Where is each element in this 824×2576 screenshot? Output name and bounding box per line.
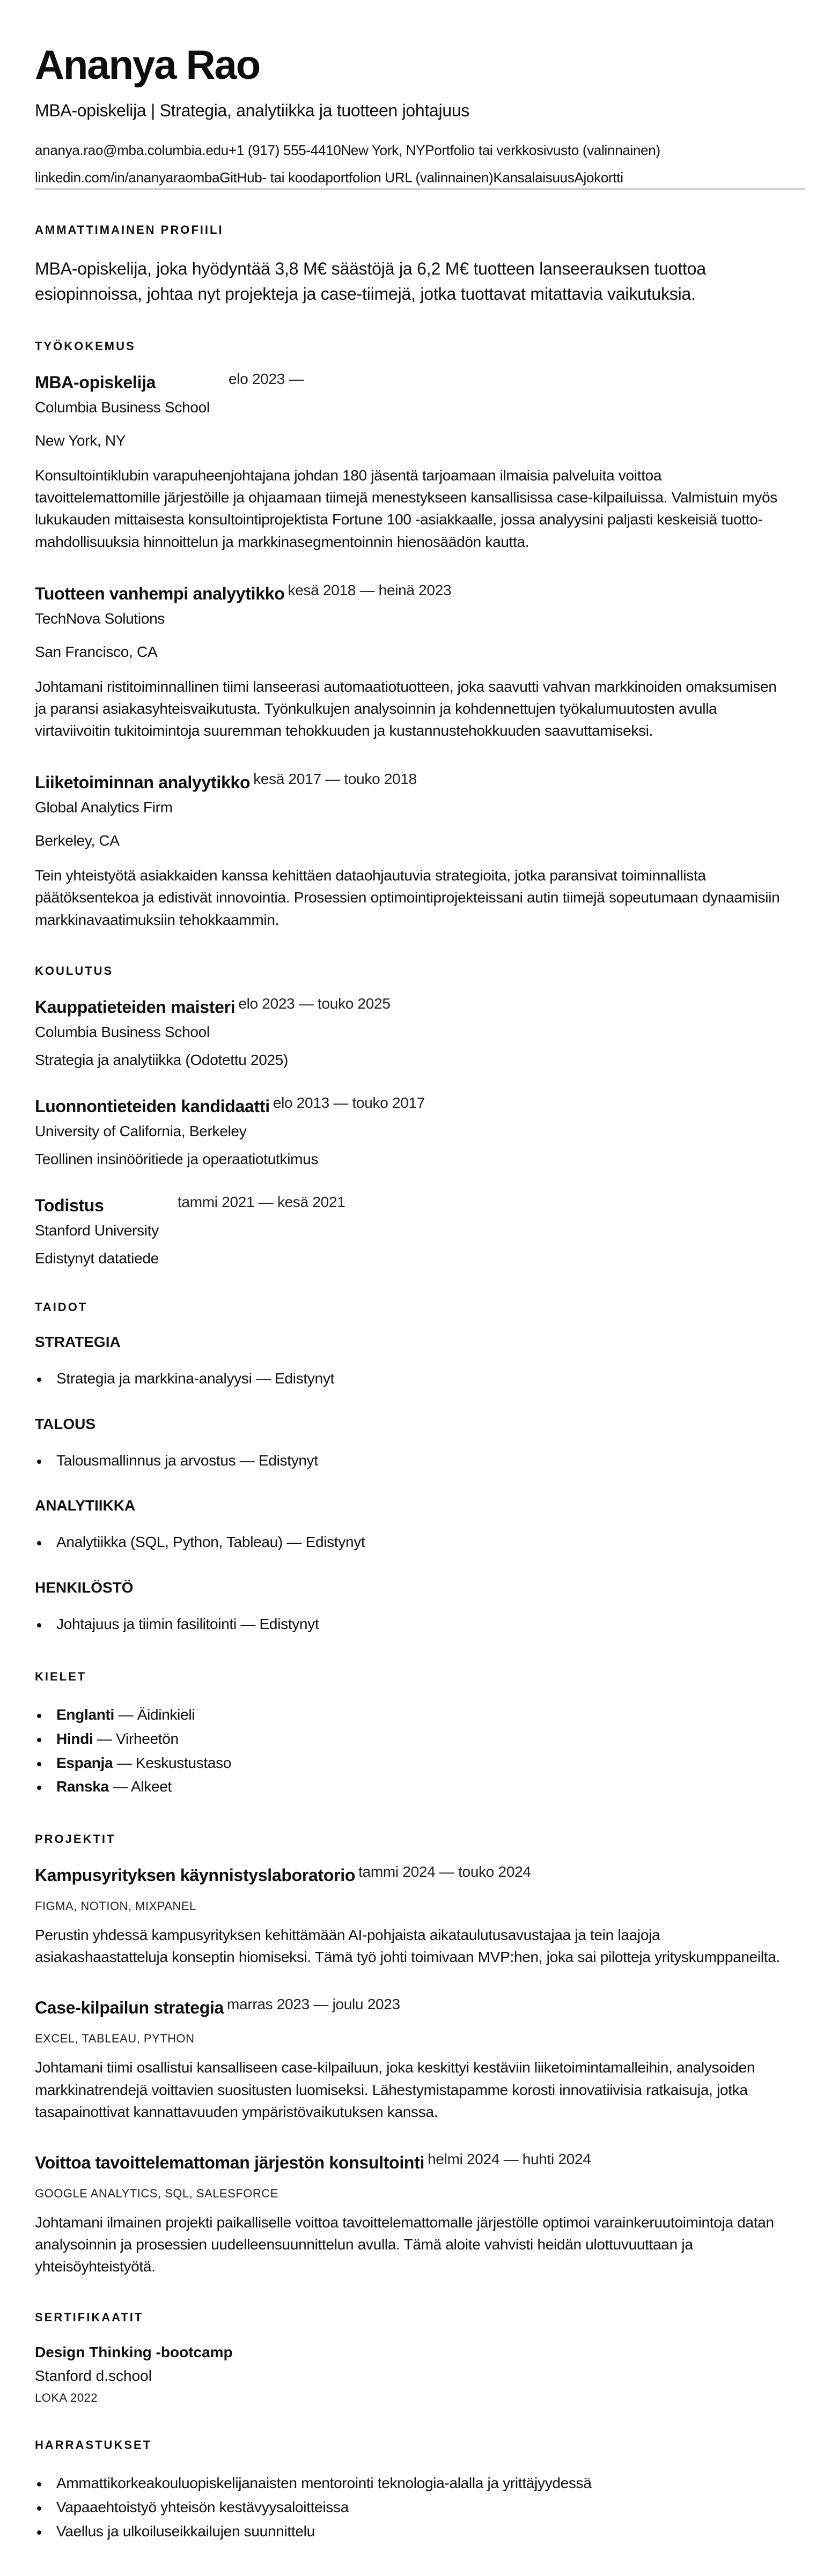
candidate-headline: MBA-opiskelija | Strategia, analytiikka … bbox=[35, 101, 789, 121]
skill-group-title: TALOUS bbox=[35, 1416, 789, 1433]
degree-title: Todistus bbox=[35, 1196, 174, 1216]
education-entry: Kauppatieteiden maisteri elo 2023 — touk… bbox=[35, 997, 789, 1069]
skill-group: HENKILÖSTÖ Johtajuus ja tiimin fasilitoi… bbox=[35, 1579, 789, 1637]
experience-entry: Tuotteen vanhempi analyytikko kesä 2018 … bbox=[35, 584, 789, 742]
education-entry: Luonnontieteiden kandidaatti elo 2013 — … bbox=[35, 1097, 789, 1168]
contact-drivers-license: Ajokortti bbox=[574, 169, 623, 186]
degree-field: Edistynyt datatiede bbox=[35, 1250, 789, 1267]
language-name: Englanti bbox=[56, 1706, 114, 1723]
job-location: Berkeley, CA bbox=[35, 832, 789, 849]
project-tools: FIGMA, NOTION, MIXPANEL bbox=[35, 1899, 789, 1913]
skill-group-title: STRATEGIA bbox=[35, 1334, 789, 1351]
certification-entry: Design Thinking -bootcamp Stanford d.sch… bbox=[35, 2344, 789, 2405]
job-location: New York, NY bbox=[35, 432, 789, 449]
skill-item: Strategia ja markkina-analyysi — Edistyn… bbox=[35, 1367, 789, 1391]
language-item: Hindi — Virheetön bbox=[35, 1727, 789, 1751]
certification-date: LOKA 2022 bbox=[35, 2391, 789, 2405]
candidate-name: Ananya Rao bbox=[35, 45, 789, 86]
degree-field: Teollinen insinööritiede ja operaatiotut… bbox=[35, 1151, 789, 1168]
language-item: Espanja — Keskustustaso bbox=[35, 1751, 789, 1775]
language-item: Englanti — Äidinkieli bbox=[35, 1703, 789, 1727]
project-title: Case-kilpailun strategia bbox=[35, 1998, 224, 2018]
job-description: Johtamani ristitoiminnallinen tiimi lans… bbox=[35, 676, 789, 742]
skill-group: STRATEGIA Strategia ja markkina-analyysi… bbox=[35, 1334, 789, 1391]
skill-group-title: HENKILÖSTÖ bbox=[35, 1579, 789, 1596]
job-description: Konsultointiklubin varapuheenjohtajana j… bbox=[35, 464, 789, 553]
language-list: Englanti — Äidinkieli Hindi — Virheetön … bbox=[35, 1703, 789, 1799]
language-level: — Virheetön bbox=[93, 1730, 179, 1747]
language-item: Ranska — Alkeet bbox=[35, 1775, 789, 1799]
contact-line-1: ananya.rao@mba.columbia.edu+1 (917) 555-… bbox=[35, 142, 789, 159]
degree-dates: elo 2023 — touko 2025 bbox=[238, 995, 390, 1012]
section-title: Projektit bbox=[35, 1832, 789, 1846]
contact-linkedin-link[interactable]: linkedin.com/in/ananyaraomba bbox=[35, 169, 219, 186]
job-title: Liiketoiminnan analyytikko bbox=[35, 773, 250, 793]
contact-phone[interactable]: +1 (917) 555-4410 bbox=[229, 142, 341, 158]
project-tools: EXCEL, TABLEAU, PYTHON bbox=[35, 2032, 789, 2046]
skill-item: Analytiikka (SQL, Python, Tableau) — Edi… bbox=[35, 1530, 789, 1555]
project-entry: Voittoa tavoittelemattoman järjestön kon… bbox=[35, 2153, 789, 2277]
experience-entry: MBA-opiskelija elo 2023 — Columbia Busin… bbox=[35, 373, 789, 553]
school-name: University of California, Berkeley bbox=[35, 1123, 789, 1140]
degree-title: Kauppatieteiden maisteri bbox=[35, 997, 235, 1017]
interest-item: Vapaaehtoistyö yhteisön kestävyysaloitte… bbox=[35, 2496, 789, 2520]
language-level: — Äidinkieli bbox=[114, 1706, 195, 1723]
section-title: Kielet bbox=[35, 1670, 789, 1684]
section-title: Työkokemus bbox=[35, 339, 789, 353]
language-level: — Alkeet bbox=[109, 1778, 172, 1795]
certifications-section: Sertifikaatit Design Thinking -bootcamp … bbox=[35, 2311, 789, 2405]
profile-summary: MBA-opiskelija, joka hyödyntää 3,8 M€ sä… bbox=[35, 256, 789, 306]
header-divider bbox=[35, 188, 805, 190]
project-title: Voittoa tavoittelemattoman järjestön kon… bbox=[35, 2153, 424, 2173]
school-name: Stanford University bbox=[35, 1222, 789, 1239]
project-title: Kampusyrityksen käynnistyslaboratorio bbox=[35, 1866, 355, 1885]
project-dates: tammi 2024 — touko 2024 bbox=[358, 1863, 531, 1881]
project-entry: Case-kilpailun strategia marras 2023 — j… bbox=[35, 1998, 789, 2122]
degree-title: Luonnontieteiden kandidaatti bbox=[35, 1097, 270, 1116]
contact-line-2: linkedin.com/in/ananyaraombaGitHub- tai … bbox=[35, 169, 789, 186]
project-description: Johtamani tiimi osallistui kansalliseen … bbox=[35, 2056, 789, 2122]
school-name: Columbia Business School bbox=[35, 1024, 789, 1041]
education-section: Koulutus Kauppatieteiden maisteri elo 20… bbox=[35, 964, 789, 1267]
job-dates: elo 2023 — bbox=[229, 371, 304, 388]
interest-list: Ammattikorkeakouluopiskelijanaisten ment… bbox=[35, 2471, 789, 2543]
section-title: Sertifikaatit bbox=[35, 2311, 789, 2325]
skill-group: TALOUS Talousmallinnus ja arvostus — Edi… bbox=[35, 1416, 789, 1473]
project-description: Perustin yhdessä kampusyrityksen kehittä… bbox=[35, 1924, 789, 1968]
contact-github-link[interactable]: GitHub- tai koodaportfolion URL (valinna… bbox=[219, 169, 493, 186]
project-description: Johtamani ilmainen projekti paikallisell… bbox=[35, 2211, 789, 2277]
skill-group: ANALYTIIKKA Analytiikka (SQL, Python, Ta… bbox=[35, 1497, 789, 1555]
experience-section: Työkokemus MBA-opiskelija elo 2023 — Col… bbox=[35, 339, 789, 931]
contact-citizenship: Kansalaisuus bbox=[493, 169, 574, 186]
contact-email-link[interactable]: ananya.rao@mba.columbia.edu bbox=[35, 142, 229, 158]
job-dates: kesä 2018 — heinä 2023 bbox=[288, 582, 452, 599]
project-dates: helmi 2024 — huhti 2024 bbox=[428, 2151, 591, 2168]
contact-portfolio-link[interactable]: Portfolio tai verkkosivusto (valinnainen… bbox=[425, 142, 660, 158]
job-company: TechNova Solutions bbox=[35, 610, 789, 627]
education-entry: Todistus tammi 2021 — kesä 2021 Stanford… bbox=[35, 1196, 789, 1267]
language-name: Hindi bbox=[56, 1730, 93, 1747]
resume-page: Ananya Rao MBA-opiskelija | Strategia, a… bbox=[0, 0, 824, 2576]
degree-dates: elo 2013 — touko 2017 bbox=[273, 1094, 425, 1112]
interests-section: Harrastukset Ammattikorkeakouluopiskelij… bbox=[35, 2438, 789, 2543]
section-title: Taidot bbox=[35, 1300, 789, 1314]
language-level: — Keskustustaso bbox=[113, 1755, 231, 1771]
job-company: Global Analytics Firm bbox=[35, 799, 789, 816]
job-dates: kesä 2017 — touko 2018 bbox=[253, 771, 417, 788]
job-location: San Francisco, CA bbox=[35, 643, 789, 661]
job-title: MBA-opiskelija bbox=[35, 373, 225, 393]
project-dates: marras 2023 — joulu 2023 bbox=[227, 1996, 400, 2013]
language-name: Ranska bbox=[56, 1778, 109, 1795]
experience-entry: Liiketoiminnan analyytikko kesä 2017 — t… bbox=[35, 773, 789, 930]
interest-item: Ammattikorkeakouluopiskelijanaisten ment… bbox=[35, 2471, 789, 2496]
contact-location: New York, NY bbox=[341, 142, 425, 158]
project-entry: Kampusyrityksen käynnistyslaboratorio ta… bbox=[35, 1866, 789, 1968]
degree-dates: tammi 2021 — kesä 2021 bbox=[178, 1194, 345, 1211]
section-title: Ammattimainen profiili bbox=[35, 223, 789, 237]
job-title: Tuotteen vanhempi analyytikko bbox=[35, 584, 285, 604]
section-title: Koulutus bbox=[35, 964, 789, 978]
interest-item: Vaellus ja ulkoiluseikkailujen suunnitte… bbox=[35, 2520, 789, 2544]
skill-item: Johtajuus ja tiimin fasilitointi — Edist… bbox=[35, 1612, 789, 1637]
job-company: Columbia Business School bbox=[35, 399, 789, 416]
section-title: Harrastukset bbox=[35, 2438, 789, 2452]
job-description: Tein yhteistyötä asiakkaiden kanssa kehi… bbox=[35, 864, 789, 930]
skill-group-title: ANALYTIIKKA bbox=[35, 1497, 789, 1514]
certification-name: Design Thinking -bootcamp bbox=[35, 2344, 789, 2361]
resume-header: Ananya Rao MBA-opiskelija | Strategia, a… bbox=[35, 45, 789, 190]
project-tools: GOOGLE ANALYTICS, SQL, SALESFORCE bbox=[35, 2187, 789, 2201]
profile-section: Ammattimainen profiili MBA-opiskelija, j… bbox=[35, 223, 789, 306]
certification-issuer: Stanford d.school bbox=[35, 2367, 789, 2385]
language-name: Espanja bbox=[56, 1755, 113, 1771]
projects-section: Projektit Kampusyrityksen käynnistyslabo… bbox=[35, 1832, 789, 2277]
languages-section: Kielet Englanti — Äidinkieli Hindi — Vir… bbox=[35, 1670, 789, 1799]
skill-item: Talousmallinnus ja arvostus — Edistynyt bbox=[35, 1449, 789, 1473]
skills-section: Taidot STRATEGIA Strategia ja markkina-a… bbox=[35, 1300, 789, 1637]
degree-field: Strategia ja analytiikka (Odotettu 2025) bbox=[35, 1052, 789, 1069]
